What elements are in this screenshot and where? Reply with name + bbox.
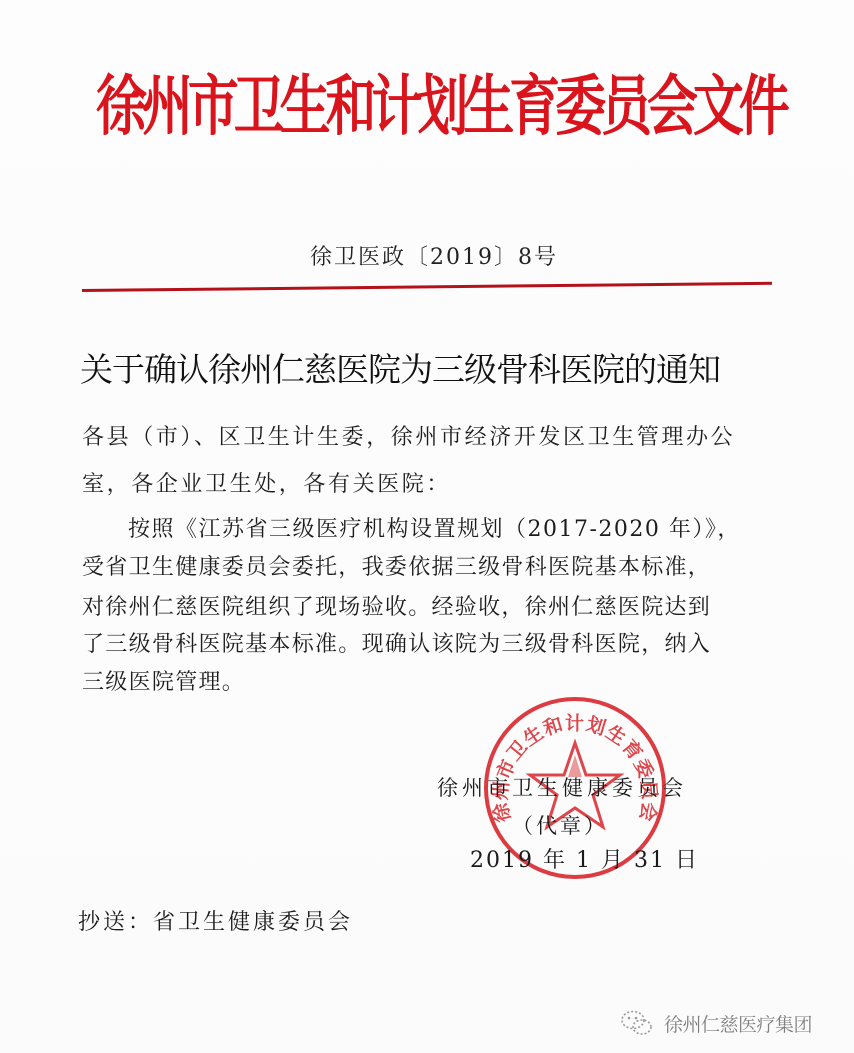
recipients-line-2: 室，各企业卫生处，各有关医院：	[82, 467, 451, 498]
watermark: 徐州仁慈医疗集团	[620, 1007, 812, 1039]
cc-recipient: 抄送：省卫生健康委员会	[78, 905, 353, 936]
recipients-line-1: 各县（市）、区卫生计生委，徐州市经济开发区卫生管理办公	[82, 420, 735, 451]
body-line: 对徐州仁慈医院组织了现场验收。经验收，徐州仁慈医院达到	[82, 590, 711, 621]
body-line: 三级医院管理。	[82, 665, 245, 696]
watermark-text: 徐州仁慈医疗集团	[664, 1010, 812, 1037]
document-header-title: 徐州市卫生和计划生育委员会文件	[96, 58, 645, 155]
signature-note: （代章）	[512, 810, 608, 840]
body-line: 受省卫生健康委员会委托，我委依据三级骨科医院基本标准，	[82, 550, 711, 581]
signature-organization: 徐州市卫生健康委员会	[437, 772, 687, 802]
signature-date: 2019 年 1 月 31 日	[470, 843, 699, 874]
notice-title: 关于确认徐州仁慈医院为三级骨科医院的通知	[80, 344, 720, 391]
body-line: 按照《江苏省三级医疗机构设置规划（2017-2020 年）》，	[128, 512, 741, 543]
document-number: 徐卫医政〔2019〕8号	[310, 240, 558, 271]
wechat-icon	[620, 1009, 654, 1037]
body-line: 了三级骨科医院基本标准。现确认该院为三级骨科医院，纳入	[82, 627, 711, 658]
document-page: 徐州市卫生和计划生育委员会文件 徐卫医政〔2019〕8号 关于确认徐州仁慈医院为…	[0, 0, 854, 1053]
header-divider	[82, 282, 772, 292]
